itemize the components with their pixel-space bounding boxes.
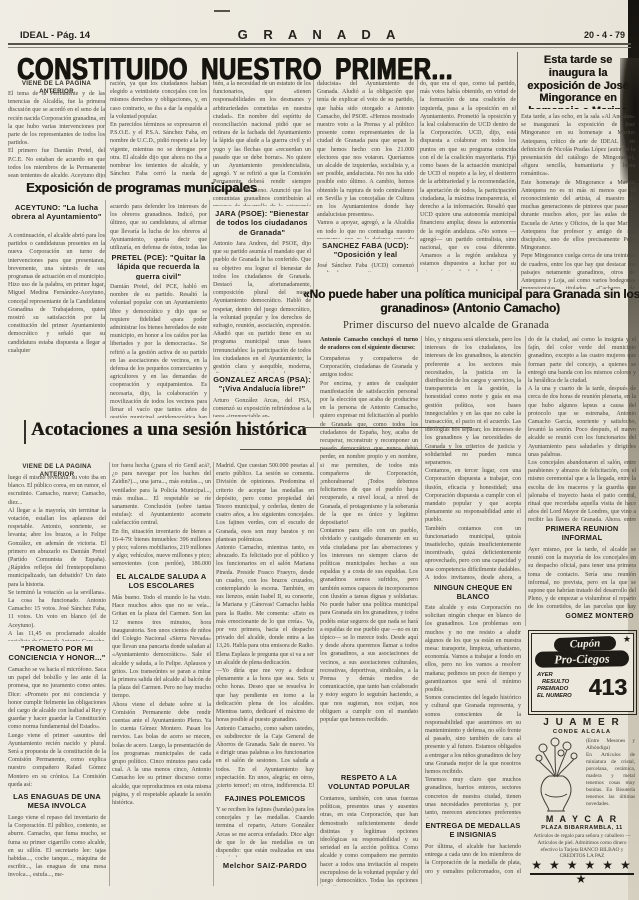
- juamer-ad-body: (Entre Mesones y Alhóndiga) En Artículos…: [586, 738, 635, 812]
- cupon-text-ayer: AYER: [537, 672, 589, 679]
- cupon-star-icon: ★: [623, 634, 631, 645]
- cupon-logo-line2: Pro-Ciegos: [535, 650, 629, 668]
- masthead-rule-thin: [8, 47, 631, 48]
- camacho-speech-col-a: Compañeras y compañeros de Corporación, …: [320, 355, 418, 770]
- flower-vase-illustration: [531, 736, 583, 814]
- lead-column-5: do, que era el que, como tal partido, má…: [420, 80, 516, 271]
- aceytuno-subhead: ACEYTUNO: "La lucha obrera al Ayuntamien…: [8, 203, 105, 229]
- column-rule: [105, 200, 106, 418]
- respeto-subhead: RESPETO A LA VOLUNTAD POPULAR: [320, 773, 418, 792]
- gonzalez-arcas-subhead: GONZALEZ ARCAS (PSA): "¡Viva Andalucía l…: [213, 375, 311, 394]
- column-rule: [213, 462, 214, 886]
- camacho-speech-col-b: bles, y ninguna será silenciada, pero lo…: [425, 336, 521, 580]
- cupon-winning-number: 413: [589, 674, 627, 701]
- masthead-rule-thick: [8, 43, 631, 45]
- camacho-speech-intro: Antonio Camacho concluyó el turno de ora…: [320, 336, 418, 353]
- alcalde-saluda-body: Más bueno. Todo el mundo lo ha visto. Ha…: [112, 594, 211, 884]
- pretel-body: Damián Pretel, del PCE, habló en nombre …: [110, 283, 207, 418]
- sanchez-faba-body: José Sánchez Faba (UCD) comenzó resaltan…: [317, 262, 414, 272]
- medallas-subhead: ENTREGA DE MEDALLAS E INSIGNIAS: [425, 821, 521, 840]
- maycar-ad-body: Artículos de regalo para señora y caball…: [530, 833, 634, 858]
- acotaciones-rule-bottom: [240, 449, 472, 450]
- acotaciones-col-1: luego él mismo revelaría: su voto iba en…: [8, 474, 106, 641]
- lead-column-2: ración, ya que los ciudadanos habían ele…: [110, 80, 207, 178]
- prometo-subhead: "PROMETO POR MI CONCIENCIA Y HONOR...": [8, 644, 106, 663]
- informal-subhead: PRIMERA REUNION INFORMAL: [528, 524, 636, 543]
- cupon-text-resulto: RESULTO: [537, 679, 589, 686]
- enaguas-subhead: LAS ENAGUAS DE UNA MESA INVOLCA: [8, 792, 106, 811]
- maycar-ad-title: M A Y C A R: [528, 814, 636, 824]
- column-rule: [109, 462, 110, 886]
- newspaper-page: IDEAL - Pág. 14 G R A N A D A 20 - 4 - 7…: [0, 0, 639, 900]
- gomez-montero-byline: GOMEZ MONTERO: [528, 613, 634, 620]
- camacho-subhead: Primer discurso del nuevo alcalde de Gra…: [343, 320, 603, 331]
- medallas-body: Por última, el alcalde fue haciendo entr…: [425, 843, 521, 878]
- juamer-ad-title: J U A M E R: [528, 717, 636, 728]
- mingorance-article-body: Esta tarde, a las ocho, en la sala «Al A…: [521, 113, 635, 289]
- jara-subhead: JARA (PSOE): "Bienestar de todos los ciu…: [213, 209, 311, 237]
- alcalde-saluda-subhead: EL ALCALDE SALUDA A LOS ESCOLARES: [112, 572, 211, 591]
- acotaciones-rule-top: [302, 427, 472, 428]
- acotaciones-col-2: tor fuera hecha (¿para el río Genil acá?…: [112, 462, 211, 570]
- column-rule: [105, 80, 106, 178]
- column-rule: [317, 462, 318, 886]
- column-rule: [417, 80, 418, 272]
- acotaciones-col-3: Madrid. Que cuestan 500.000 pesetas al e…: [216, 462, 314, 791]
- cupon-text-premiado: PREMIADO: [537, 686, 589, 693]
- acotaciones-frame-bar: [24, 420, 26, 444]
- gonzalez-arcas-body: Arturo González Arcas, del PSA, comenzó …: [213, 397, 311, 417]
- cupon-text-numero: EL NUMERO: [537, 693, 589, 700]
- column-rule: [525, 336, 526, 626]
- programas-section-headline: Exposición de programas municipales: [26, 180, 226, 195]
- enaguas-body: Luego viene el repaso del inventario de …: [8, 814, 106, 887]
- aceytuno-body-continued: acuerdo para defender los intereses de l…: [110, 203, 207, 251]
- star-banner: ★ ★ ★ ★ ★ ★ ★: [530, 858, 634, 875]
- prometo-body: Camacho se va hacia el micrófono. Saca u…: [8, 666, 106, 789]
- pretel-subhead: PRETEL (PCE): "Quitar la lápida que recu…: [110, 253, 207, 280]
- column-rule: [421, 336, 422, 884]
- mingorance-headline: Esta tarde se inaugura la exposición de …: [520, 54, 636, 109]
- aceytuno-body: A continuación, el alcalde abrió para lo…: [8, 232, 105, 418]
- sanchez-faba-subhead: SANCHEZ FABA (UCD): "Oposición y leal co…: [317, 241, 414, 260]
- column-rule: [209, 80, 210, 178]
- column-rule: [517, 52, 518, 290]
- maycar-ad-address: PLAZA BIBARRAMBLA, 11: [528, 825, 636, 831]
- jara-body: Antonio Jara Andreu, del PSOE, dijo que …: [213, 240, 311, 373]
- respeto-body: Contamos, también, con unas fuerzas polí…: [320, 795, 418, 886]
- fajines-body: Y se reciben los fajines (bandas) para l…: [216, 806, 314, 857]
- juamer-ad-address: CONDE ALCALA: [528, 729, 636, 735]
- informal-body: Ayer mismo, por la tarde, el alcalde se …: [528, 546, 636, 610]
- lead-column-4: dalucista» del Ayuntamiento de Granada. …: [317, 80, 414, 239]
- column-rule: [209, 200, 210, 418]
- lead-column-1: El tema de la Permanente y de las tenenc…: [8, 90, 105, 178]
- masthead-date: 20 - 4 - 79: [540, 30, 625, 40]
- print-artifact-dash: [214, 10, 230, 12]
- saiz-pardo-byline: Melchor SAIZ-PARDO: [216, 861, 314, 870]
- acotaciones-headline: Acotaciones a una sesión histórica: [31, 419, 307, 441]
- cheque-subhead: NINGUN CHEQUE EN BLANCO: [425, 583, 521, 602]
- camacho-headline-line2: granadinos» (Antonio Camacho): [303, 301, 637, 315]
- camacho-headline-line1: «No puede haber una política municipal p…: [303, 287, 637, 301]
- cupon-prociegos-ad: Cupón ★ Pro-Ciegos AYER RESULTO PREMIADO…: [531, 633, 634, 712]
- camacho-speech-col-c: do de la ciudad, así como la insignia y …: [528, 336, 636, 521]
- fajines-subhead: FAJINES POLEMICOS: [216, 794, 314, 804]
- column-rule: [313, 80, 314, 418]
- cheque-body: Este alcalde y esta Corporación no solic…: [425, 604, 521, 818]
